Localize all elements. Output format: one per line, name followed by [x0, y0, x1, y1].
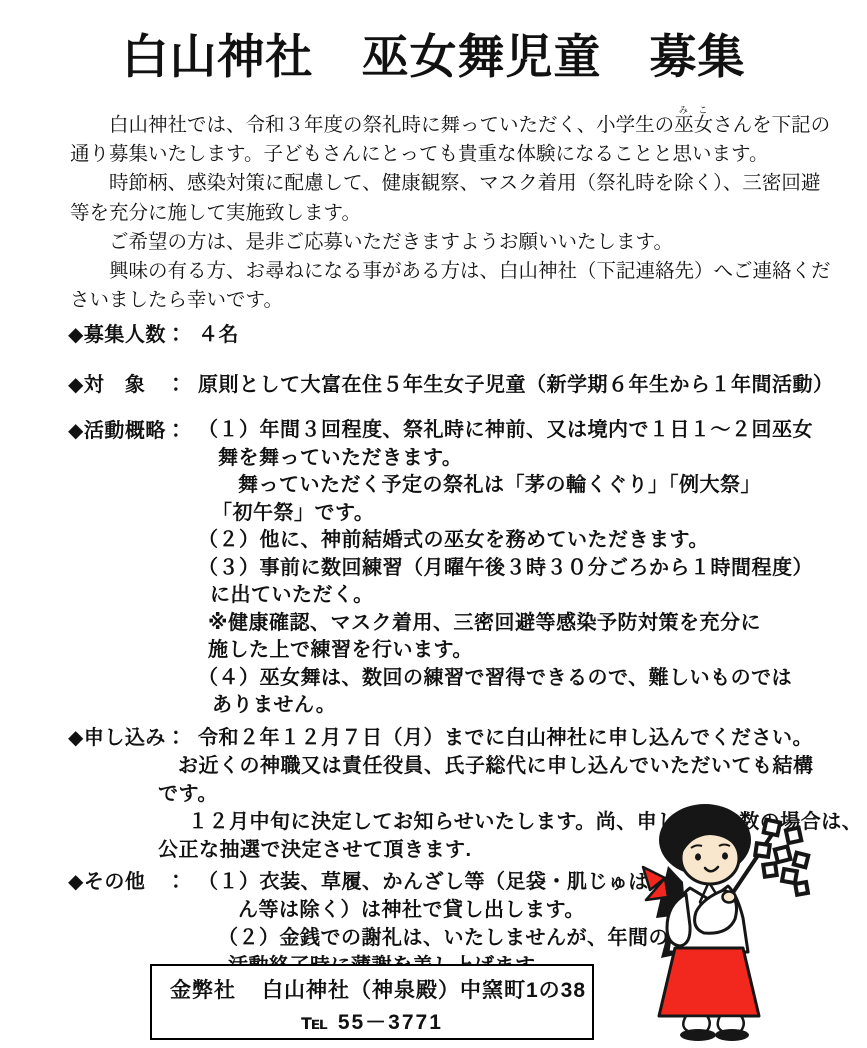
- activities-line: に出ていただく。: [198, 582, 867, 610]
- miko-illustration: [628, 800, 820, 1046]
- section-label: ◆活動概略：: [68, 417, 198, 445]
- intro-line-1-pre: 白山神社では、令和３年度の祭礼時に舞っていただく、小学生の: [109, 115, 674, 136]
- activities-line: ※健康確認、マスク着用、三密回避等感染予防対策を充分に: [198, 610, 867, 638]
- activities-line: （３）事前に数回練習（月曜午後３時３０分ごろから１時間程度）: [198, 555, 867, 583]
- shrine-name-address: 白山神社（神泉殿）中窯町1の38: [262, 979, 586, 1002]
- activities-line: （１）年間３回程度、祭礼時に神前、又は境内で１日１～２回巫女: [198, 417, 867, 445]
- intro-line-1: 白山神社では、令和３年度の祭礼時に舞っていただく、小学生の巫女みこさんを下記の: [70, 105, 841, 140]
- intro-line-3: 時節柄、感染対策に配慮して、健康観察、マスク着用（祭礼時を除く）、三密回避: [70, 169, 841, 198]
- ruby-miko: 巫女みこ: [674, 115, 713, 136]
- section-label: ◆その他 ：: [68, 868, 198, 896]
- activities-line: （２）他に、神前結婚式の巫女を務めていただきます。: [198, 527, 867, 555]
- activities-line: （４）巫女舞は、数回の練習で習得できるので、難しいものでは: [198, 665, 867, 693]
- recruit-count-value: ４名: [198, 324, 239, 346]
- intro-line-2: 通り募集いたします。子どもさんにとっても貴重な体験になることと思います。: [70, 140, 841, 169]
- intro-line-1-post: さんを下記の: [713, 115, 830, 136]
- contact-tel: ℡ 55－3771: [152, 1006, 592, 1036]
- intro-line-7: さいましたら幸いです。: [70, 286, 841, 315]
- section-label: ◆対 象 ：: [68, 371, 198, 399]
- intro-paragraphs: 白山神社では、令和３年度の祭礼時に舞っていただく、小学生の巫女みこさんを下記の …: [70, 105, 841, 315]
- activities-line: 舞っていただく予定の祭礼は「茅の輪くぐり」「例大祭」: [198, 472, 867, 500]
- shrine-rank: 金弊社: [170, 979, 236, 1002]
- doc-title: 白山神社 巫女舞児童 募集: [0, 20, 867, 87]
- section-label: ◆申し込み：: [68, 724, 198, 752]
- contact-address-line: 金弊社白山神社（神泉殿）中窯町1の38: [170, 974, 592, 1004]
- activities-line: 「初午祭」です。: [198, 500, 867, 528]
- activities-line: 舞を舞っていただきます。: [198, 445, 867, 473]
- intro-line-5: ご希望の方は、是非ご応募いただきますようお願いいたします。: [70, 228, 841, 257]
- activities-lines: （１）年間３回程度、祭礼時に神前、又は境内で１日１～２回巫女 舞を舞っていただき…: [198, 417, 867, 720]
- activities-line: 施した上で練習を行います。: [198, 637, 867, 665]
- document: { "title": "白山神社 巫女舞児童 募集", "intro": { "…: [0, 0, 867, 1048]
- activities-line: ありません。: [198, 692, 867, 720]
- application-line: お近くの神職又は責任役員、氏子総代に申し込んでいただいても結構: [158, 752, 867, 780]
- intro-line-4: 等を充分に施して実施致します。: [70, 199, 841, 228]
- section-label: ◆募集人数：: [68, 321, 198, 349]
- section-activities: ◆活動概略： （１）年間３回程度、祭礼時に神前、又は境内で１日１～２回巫女 舞を…: [68, 417, 867, 720]
- section-target: ◆対 象 ： 原則として大富在住５年生女子児童（新学期６年生から１年間活動）: [68, 371, 867, 399]
- contact-box: 金弊社白山神社（神泉殿）中窯町1の38 ℡ 55－3771: [150, 964, 594, 1040]
- application-line: 令和２年１２月７日（月）までに白山神社に申し込んでください。: [198, 724, 867, 752]
- intro-line-6: 興味の有る方、お尋ねになる事がある方は、白山神社（下記連絡先）へご連絡くだ: [70, 257, 841, 286]
- section-recruit-count: ◆募集人数： ４名: [68, 321, 867, 349]
- target-value: 原則として大富在住５年生女子児童（新学期６年生から１年間活動）: [198, 374, 834, 396]
